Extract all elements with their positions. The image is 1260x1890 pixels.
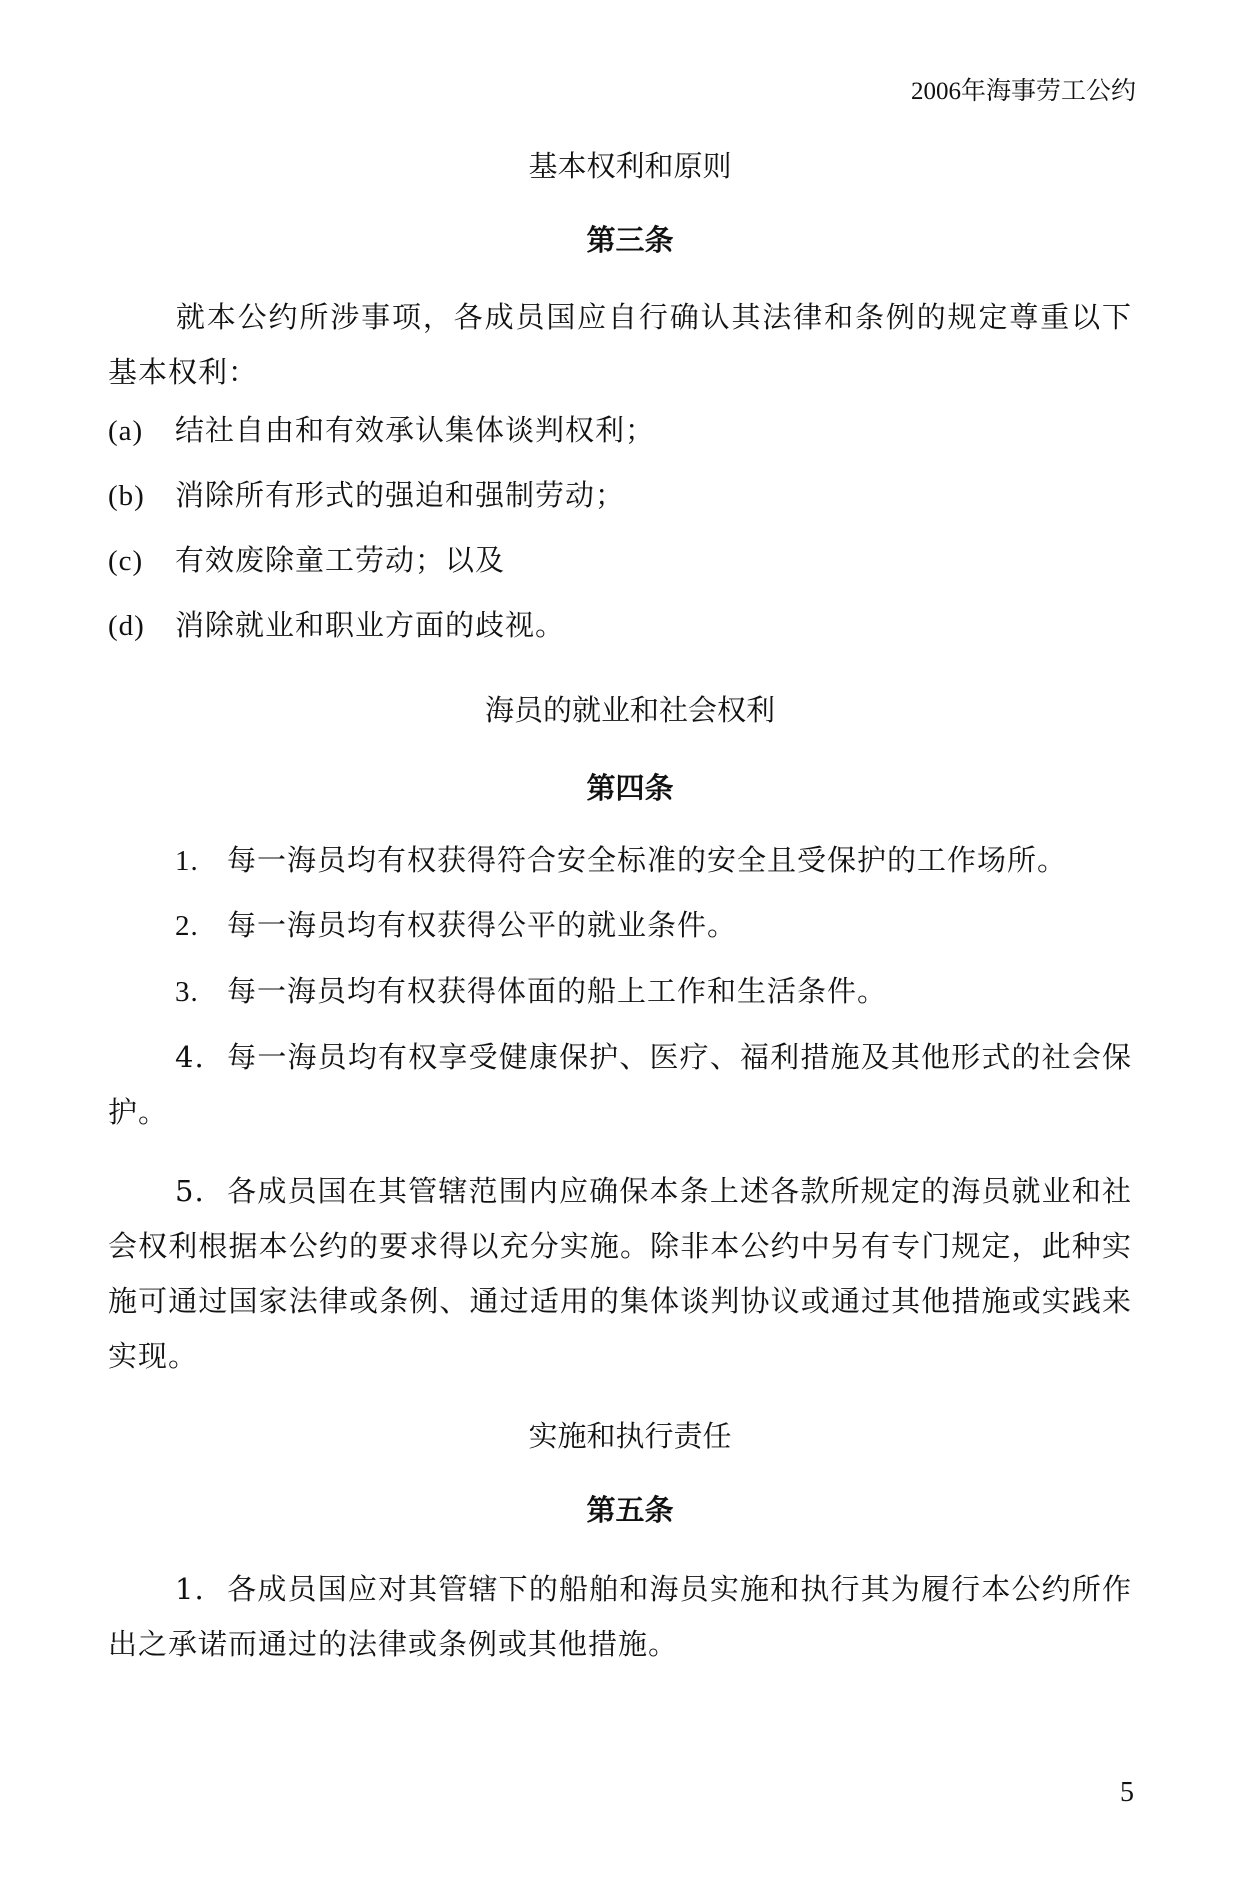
list-item: (b)消除所有形式的强迫和强制劳动； bbox=[108, 477, 1132, 514]
section-title: 海员的就业和社会权利 bbox=[0, 692, 1260, 728]
paragraph-number: 2. bbox=[175, 908, 227, 944]
numbered-paragraph: 2.每一海员均有权获得公平的就业条件。 bbox=[108, 907, 1132, 944]
paragraph-number: 3. bbox=[175, 974, 227, 1010]
article-heading: 第三条 bbox=[0, 222, 1260, 258]
document-page: 2006年海事劳工公约 基本权利和原则 第三条 就本公约所涉事项，各成员国应自行… bbox=[0, 0, 1260, 1890]
paragraph-text: 各成员国应对其管辖下的船舶和海员实施和执行其为履行本公约所作出之承诺而通过的法律… bbox=[108, 1572, 1132, 1661]
list-item: (c)有效废除童工劳动；以及 bbox=[108, 542, 1132, 579]
list-text: 结社自由和有效承认集体谈判权利； bbox=[175, 413, 655, 447]
article-intro-paragraph: 就本公约所涉事项，各成员国应自行确认其法律和条例的规定尊重以下基本权利： bbox=[108, 290, 1132, 400]
section-title: 基本权利和原则 bbox=[0, 148, 1260, 184]
paragraph-text: 就本公约所涉事项，各成员国应自行确认其法律和条例的规定尊重以下基本权利： bbox=[108, 300, 1132, 389]
paragraph-number: 4. bbox=[175, 1030, 227, 1085]
list-marker: (b) bbox=[108, 478, 175, 514]
paragraph-text: 各成员国在其管辖范围内应确保本条上述各款所规定的海员就业和社会权利根据本公约的要… bbox=[108, 1174, 1132, 1373]
numbered-paragraph: 5.各成员国在其管辖范围内应确保本条上述各款所规定的海员就业和社会权利根据本公约… bbox=[108, 1164, 1132, 1384]
paragraph-text: 每一海员均有权获得公平的就业条件。 bbox=[227, 908, 737, 942]
paragraph-number: 1. bbox=[175, 843, 227, 879]
list-text: 有效废除童工劳动；以及 bbox=[175, 543, 505, 577]
list-item: (a)结社自由和有效承认集体谈判权利； bbox=[108, 412, 1132, 449]
page-number: 5 bbox=[1120, 1776, 1134, 1810]
paragraph-text: 每一海员均有权获得体面的船上工作和生活条件。 bbox=[227, 974, 887, 1008]
list-marker: (d) bbox=[108, 608, 175, 644]
numbered-paragraph: 1.各成员国应对其管辖下的船舶和海员实施和执行其为履行本公约所作出之承诺而通过的… bbox=[108, 1562, 1132, 1672]
paragraph-number: 1. bbox=[175, 1562, 227, 1617]
numbered-paragraph: 4.每一海员均有权享受健康保护、医疗、福利措施及其他形式的社会保护。 bbox=[108, 1030, 1132, 1140]
list-marker: (c) bbox=[108, 543, 175, 579]
list-item: (d)消除就业和职业方面的歧视。 bbox=[108, 607, 1132, 644]
list-marker: (a) bbox=[108, 413, 175, 449]
running-header: 2006年海事劳工公约 bbox=[911, 76, 1136, 108]
section-title: 实施和执行责任 bbox=[0, 1418, 1260, 1454]
article-heading: 第五条 bbox=[0, 1492, 1260, 1528]
list-text: 消除就业和职业方面的歧视。 bbox=[175, 608, 565, 642]
paragraph-text: 每一海员均有权享受健康保护、医疗、福利措施及其他形式的社会保护。 bbox=[108, 1040, 1132, 1129]
list-text: 消除所有形式的强迫和强制劳动； bbox=[175, 478, 625, 512]
paragraph-text: 每一海员均有权获得符合安全标准的安全且受保护的工作场所。 bbox=[227, 843, 1067, 877]
numbered-paragraph: 3.每一海员均有权获得体面的船上工作和生活条件。 bbox=[108, 973, 1132, 1010]
paragraph-number: 5. bbox=[175, 1164, 227, 1219]
numbered-paragraph: 1.每一海员均有权获得符合安全标准的安全且受保护的工作场所。 bbox=[108, 842, 1132, 879]
article-heading: 第四条 bbox=[0, 770, 1260, 806]
